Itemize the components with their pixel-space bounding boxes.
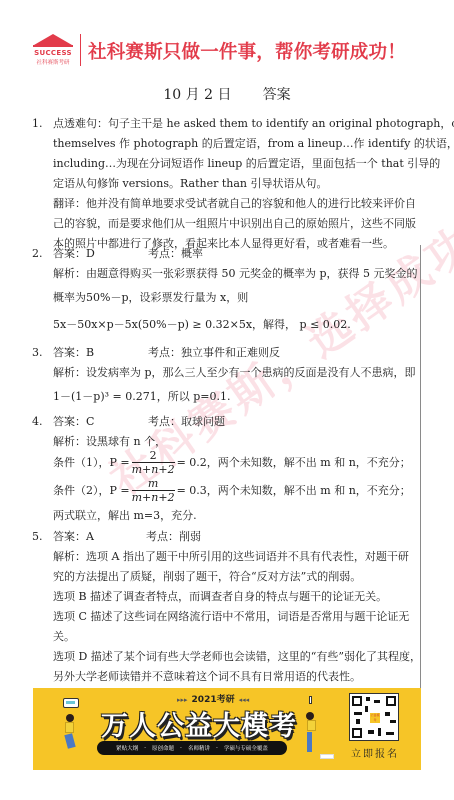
item-line: 选项 D 描述了某个词有些大学老师也会读错，这里的“有些”弱化了其程度，	[53, 650, 421, 664]
item-line: 选项 B 描述了调查者特点，而调查者自身的特点与题干的论证无关。	[53, 590, 387, 604]
girl-head	[66, 714, 74, 722]
success-logo: SUCCESS 社科赛斯考研	[30, 34, 76, 66]
item-line: 己的容貌，而是要求他们从一组照片中识别出自己的原始照片，这些不同版	[53, 217, 416, 231]
qr-module	[385, 712, 390, 716]
formula-line: 5x－50x×p－5x(50%－p) ≥ 0.32×5x，解得， p ≤ 0.0…	[53, 318, 351, 332]
girl-legs	[307, 732, 312, 752]
item-line: 选项 C 描述了这些词在网络流行语中不常用，词语是否常用与题干论证无	[53, 610, 409, 624]
topic-label: 考点：削弱	[146, 530, 201, 544]
denominator: m+n+2	[132, 491, 175, 504]
feature-item: 名师精讲	[188, 744, 210, 752]
logo-english-text: SUCCESS	[30, 49, 76, 57]
qr-module	[374, 700, 380, 703]
item-line: 究的方法提出了质疑，削弱了题干，符合“反对方法”式的削弱。	[53, 570, 361, 584]
register-now-button[interactable]: 立即报名	[351, 745, 399, 760]
feature-item: 学硕与专硕全覆盖	[224, 744, 268, 752]
item-line: 解析：选项 A 指出了题干中所引用的这些词语并不具有代表性，对题干研	[53, 550, 409, 564]
item-line: 关。	[53, 630, 75, 644]
qr-module	[366, 697, 370, 701]
condition-2: 条件（2），P =mm+n+2= 0.3，两个未知数，解不出 m 和 n，不充分…	[53, 478, 411, 504]
girl-head	[306, 712, 314, 720]
formula-line: 1－(1－p)³ = 0.271，所以 p=0.1.	[53, 390, 230, 404]
logo-chinese-text: 社科赛斯考研	[30, 58, 76, 66]
item-line: themselves 作 photograph 的后置定语，from a lin…	[53, 137, 454, 151]
condition-suffix: = 0.2，两个未知数，解不出 m 和 n，不充分；	[177, 456, 411, 469]
item-line: 解析：设黑球有 n 个，	[53, 435, 166, 449]
girl-body	[307, 720, 316, 731]
mock-exam-banner[interactable]: ▸▸▸2021考研◂◂◂ 万人公益大模考 紧贴大纲 · 原创命题 · 名师精讲 …	[33, 688, 421, 770]
item-line: including…为现在分词短语作 lineup 的后置定语，里面包括一个 t…	[53, 157, 440, 171]
fraction: 2m+n+2	[132, 450, 175, 476]
topic-label: 考点：取球问题	[148, 415, 225, 429]
qr-module	[390, 720, 396, 723]
item-line: 另外大学老师读错并不意味着这个词不具有日常用语的代表性。	[53, 670, 361, 684]
separator: ·	[180, 745, 182, 752]
qr-module	[386, 732, 394, 735]
phone-icon	[309, 696, 312, 704]
topic-label: 考点：概率	[148, 247, 203, 261]
feature-item: 紧贴大纲	[116, 744, 138, 752]
denominator: m+n+2	[132, 463, 175, 476]
arrows-left-icon: ▸▸▸	[177, 696, 188, 704]
roof-base	[33, 45, 73, 47]
header-divider	[80, 34, 81, 66]
item-number: 4.	[32, 415, 43, 428]
title-label: 答案	[263, 87, 291, 103]
feature-item: 原创命题	[152, 744, 174, 752]
condition-prefix: 条件（2），P =	[53, 484, 130, 497]
page-border-line	[420, 245, 421, 690]
separator: ·	[216, 745, 218, 752]
answer-label: 答案：A	[53, 530, 94, 544]
header-slogan: 社科赛斯只做一件事，帮你考研成功！	[88, 38, 406, 64]
item-line: 两式联立，解出 m=3，充分.	[53, 509, 197, 523]
separator: ·	[144, 745, 146, 752]
title-date: 10 月 2 日	[163, 87, 231, 103]
item-line: 概率为50%－p，设彩票发行量为 x，则	[53, 291, 248, 305]
girl-legs	[64, 733, 75, 749]
item-number: 2.	[32, 247, 43, 260]
page-header: SUCCESS 社科赛斯考研 社科赛斯只做一件事，帮你考研成功！	[0, 30, 454, 70]
qr-module	[365, 706, 368, 712]
answer-label: 答案：C	[53, 415, 94, 429]
qr-module	[368, 730, 374, 734]
item-line: 点透难句：句子主干是 he asked them to identify an …	[53, 117, 454, 131]
qr-code[interactable]: 公益模考	[349, 693, 399, 741]
topic-label: 考点：独立事件和正难则反	[148, 346, 280, 360]
item-line: 本的照片中都进行了修改，看起来比本人显得更好看，或者难看一些。	[53, 237, 394, 251]
numerator: m	[132, 478, 175, 491]
fraction: mm+n+2	[132, 478, 175, 504]
item-line: 翻译：他并没有简单地要求受试者就自己的容貌和他人的进行比较来评价自	[53, 197, 416, 211]
steps-decoration	[320, 754, 334, 759]
item-number: 5.	[32, 530, 43, 543]
qr-finder	[352, 696, 362, 706]
condition-prefix: 条件（1），P =	[53, 456, 130, 469]
qr-module	[378, 728, 381, 736]
qr-module	[356, 719, 360, 724]
condition-1: 条件（1），P =2m+n+2= 0.2，两个未知数，解不出 m 和 n，不充分…	[53, 450, 411, 476]
item-number: 1.	[32, 117, 43, 130]
roof-icon	[34, 34, 72, 45]
item-line: 解析：设发病率为 p，那么三人至少有一个患病的反面是没有人不患病，即	[53, 366, 416, 380]
qr-center-label: 公益模考	[369, 712, 381, 724]
girl-body	[65, 722, 74, 733]
answer-label: 答案：B	[53, 346, 94, 360]
page-title: 10 月 2 日 答案	[0, 84, 454, 104]
answer-label: 答案：D	[53, 247, 95, 261]
numerator: 2	[132, 450, 175, 463]
qr-finder	[386, 696, 396, 706]
arrows-right-icon: ◂◂◂	[239, 696, 250, 704]
item-line: 解析：由题意得购买一张彩票获得 50 元奖金的概率为 p，获得 5 元奖金的	[53, 267, 418, 281]
condition-suffix: = 0.3，两个未知数，解不出 m 和 n，不充分；	[177, 484, 411, 497]
qr-finder	[352, 728, 362, 738]
qr-module	[354, 712, 362, 715]
tablet-icon	[63, 698, 79, 708]
item-number: 3.	[32, 346, 43, 359]
item-line: 定语从句修饰 versions。Rather than 引导状语从句。	[53, 177, 328, 191]
banner-features: 紧贴大纲 · 原创命题 · 名师精讲 · 学硕与专硕全覆盖	[97, 741, 287, 755]
banner-title: 万人公益大模考	[101, 704, 297, 743]
